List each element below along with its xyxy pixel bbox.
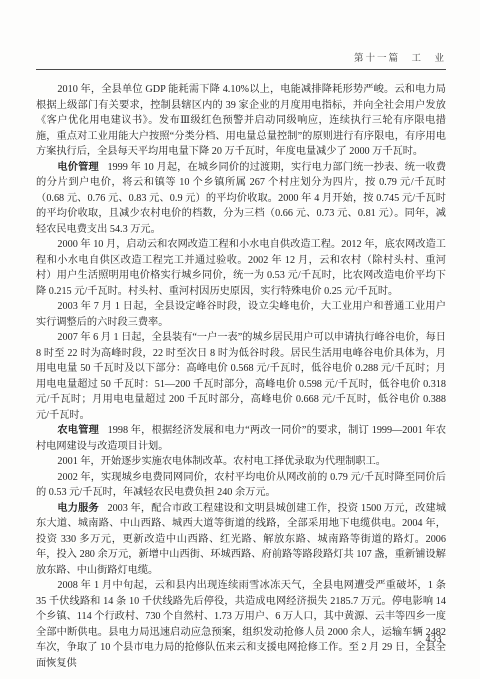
paragraph: 2003 年 7 月 1 日起，全县设定峰谷时段，设立尖峰电价，大工业用户和普通… [36, 299, 446, 330]
paragraph: 2001 年，开始逐步实施农电体制改革。农村电工择优录取为代理制职工。 [36, 454, 446, 470]
paragraph-heading: 电力服务 [57, 503, 98, 514]
paragraph-heading: 农电管理 [57, 425, 99, 436]
paragraph-text: 2010 年，全县单位 GDP 能耗需下降 4.10%以上，电能减排降耗形势严峻… [36, 84, 446, 157]
chapter-title: 第十一篇 工 业 [354, 54, 446, 64]
paragraph-text: 2008 年 1 月中旬起，云和县内出现连续雨雪冰冻天气，全县电网遭受严重破坏，… [36, 580, 446, 669]
paragraph: 2007 年 6 月 1 日起，全县装有“一户一表”的城乡居民用户可以申请执行峰… [36, 330, 446, 423]
paragraph: 2010 年，全县单位 GDP 能耗需下降 4.10%以上，电能减排降耗形势严峻… [36, 82, 446, 160]
paragraph: 电力服务2003 年，配合市政工程建设和文明县城创建工作，投资 1500 万元，… [36, 501, 446, 579]
paragraph: 电价管理1999 年 10 月起，在城乡同价的过渡期，实行电力部门统一抄表、统一… [36, 160, 446, 238]
paragraph: 农电管理1998 年，根据经济发展和电力“两改一同价”的要求，制订 1999—2… [36, 423, 446, 454]
paragraph: 2002 年，实现城乡电费同网同价，农村平均电价从网改前的 0.79 元/千瓦时… [36, 470, 446, 501]
paragraph-text: 2003 年 7 月 1 日起，全县设定峰谷时段，设立尖峰电价，大工业用户和普通… [36, 301, 446, 328]
page-body: 2010 年，全县单位 GDP 能耗需下降 4.10%以上，电能减排降耗形势严峻… [36, 82, 446, 671]
paragraph: 2008 年 1 月中旬起，云和县内出现连续雨雪冰冻天气，全县电网遭受严重破坏，… [36, 578, 446, 671]
paragraph-text: 2007 年 6 月 1 日起，全县装有“一户一表”的城乡居民用户可以申请执行峰… [36, 332, 446, 421]
paragraph-text: 2000 年 10 月，启动云和农网改造工程和小水电自供改造工程。2012 年，… [36, 239, 446, 297]
paragraph-heading: 电价管理 [57, 162, 98, 173]
page-number: 433 [426, 634, 443, 645]
paragraph-text: 2002 年，实现城乡电费同网同价，农村平均电价从网改前的 0.79 元/千瓦时… [36, 472, 446, 499]
page-header: 第十一篇 工 业 [36, 50, 446, 70]
paragraph-text: 2001 年，开始逐步实施农电体制改革。农村电工择优录取为代理制职工。 [57, 456, 386, 467]
paragraph: 2000 年 10 月，启动云和农网改造工程和小水电自供改造工程。2012 年，… [36, 237, 446, 299]
book-page: 第十一篇 工 业 2010 年，全县单位 GDP 能耗需下降 4.10%以上，电… [0, 0, 480, 679]
